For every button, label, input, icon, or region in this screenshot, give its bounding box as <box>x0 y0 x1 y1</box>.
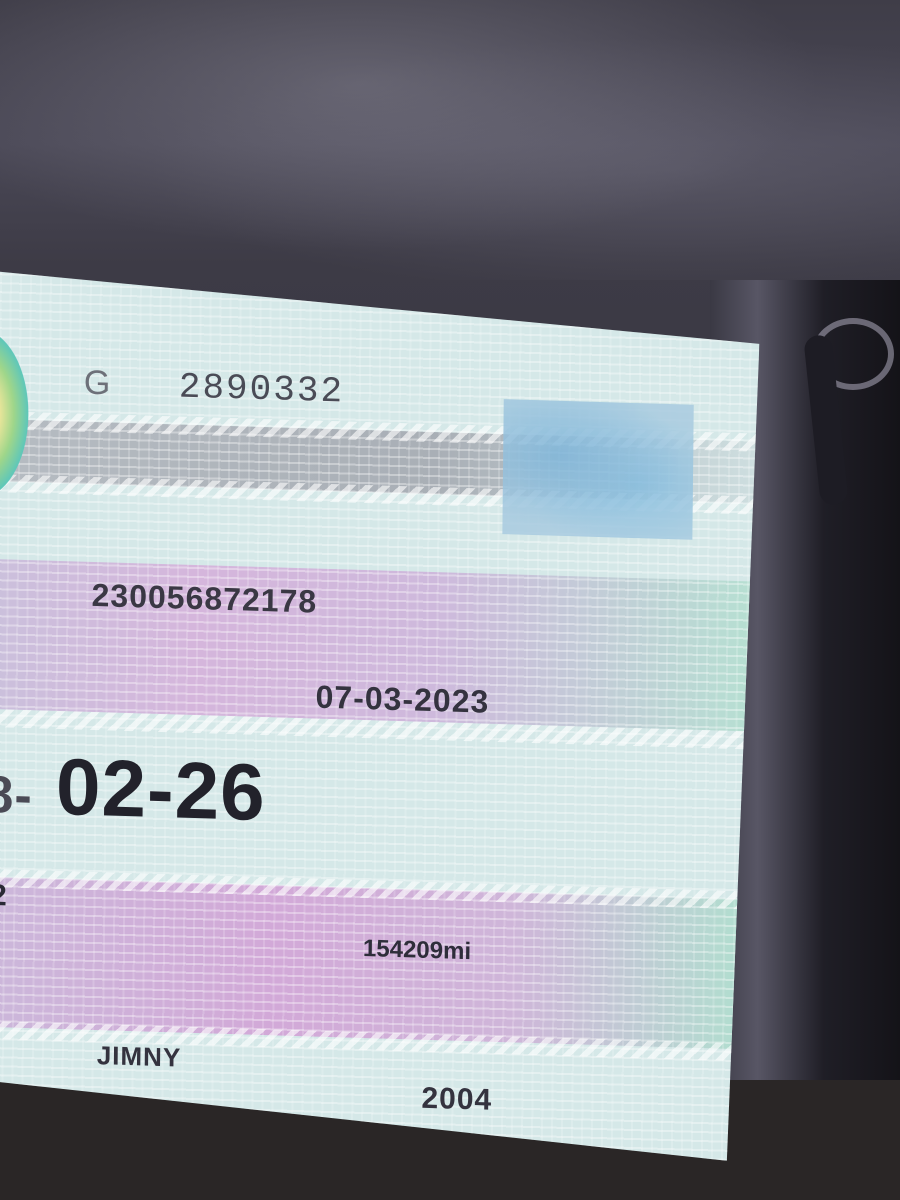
truncated-text: 02 <box>0 878 7 913</box>
serial-prefix: G <box>84 364 111 404</box>
expiry-date-line: 8- 02-26 <box>0 739 266 839</box>
vehicle-model: JIMNY <box>97 1040 182 1073</box>
vehicle-year: 2004 <box>421 1082 492 1118</box>
expiry-prefix: 8- <box>0 766 33 825</box>
test-date: 07-03-2023 <box>315 679 489 721</box>
odometer-reading: 154209mi <box>363 935 471 966</box>
hologram-icon <box>502 399 693 540</box>
serial-number: 2890332 <box>179 367 345 413</box>
certificate-number: 230056872178 <box>91 577 317 621</box>
expiry-date: 02-26 <box>56 742 267 837</box>
test-certificate-disc: G 2890332 230056872178 07-03-2023 8- 02-… <box>0 268 760 1162</box>
photo-scene: G 2890332 230056872178 07-03-2023 8- 02-… <box>0 0 900 1200</box>
windscreen-glare <box>0 0 900 280</box>
